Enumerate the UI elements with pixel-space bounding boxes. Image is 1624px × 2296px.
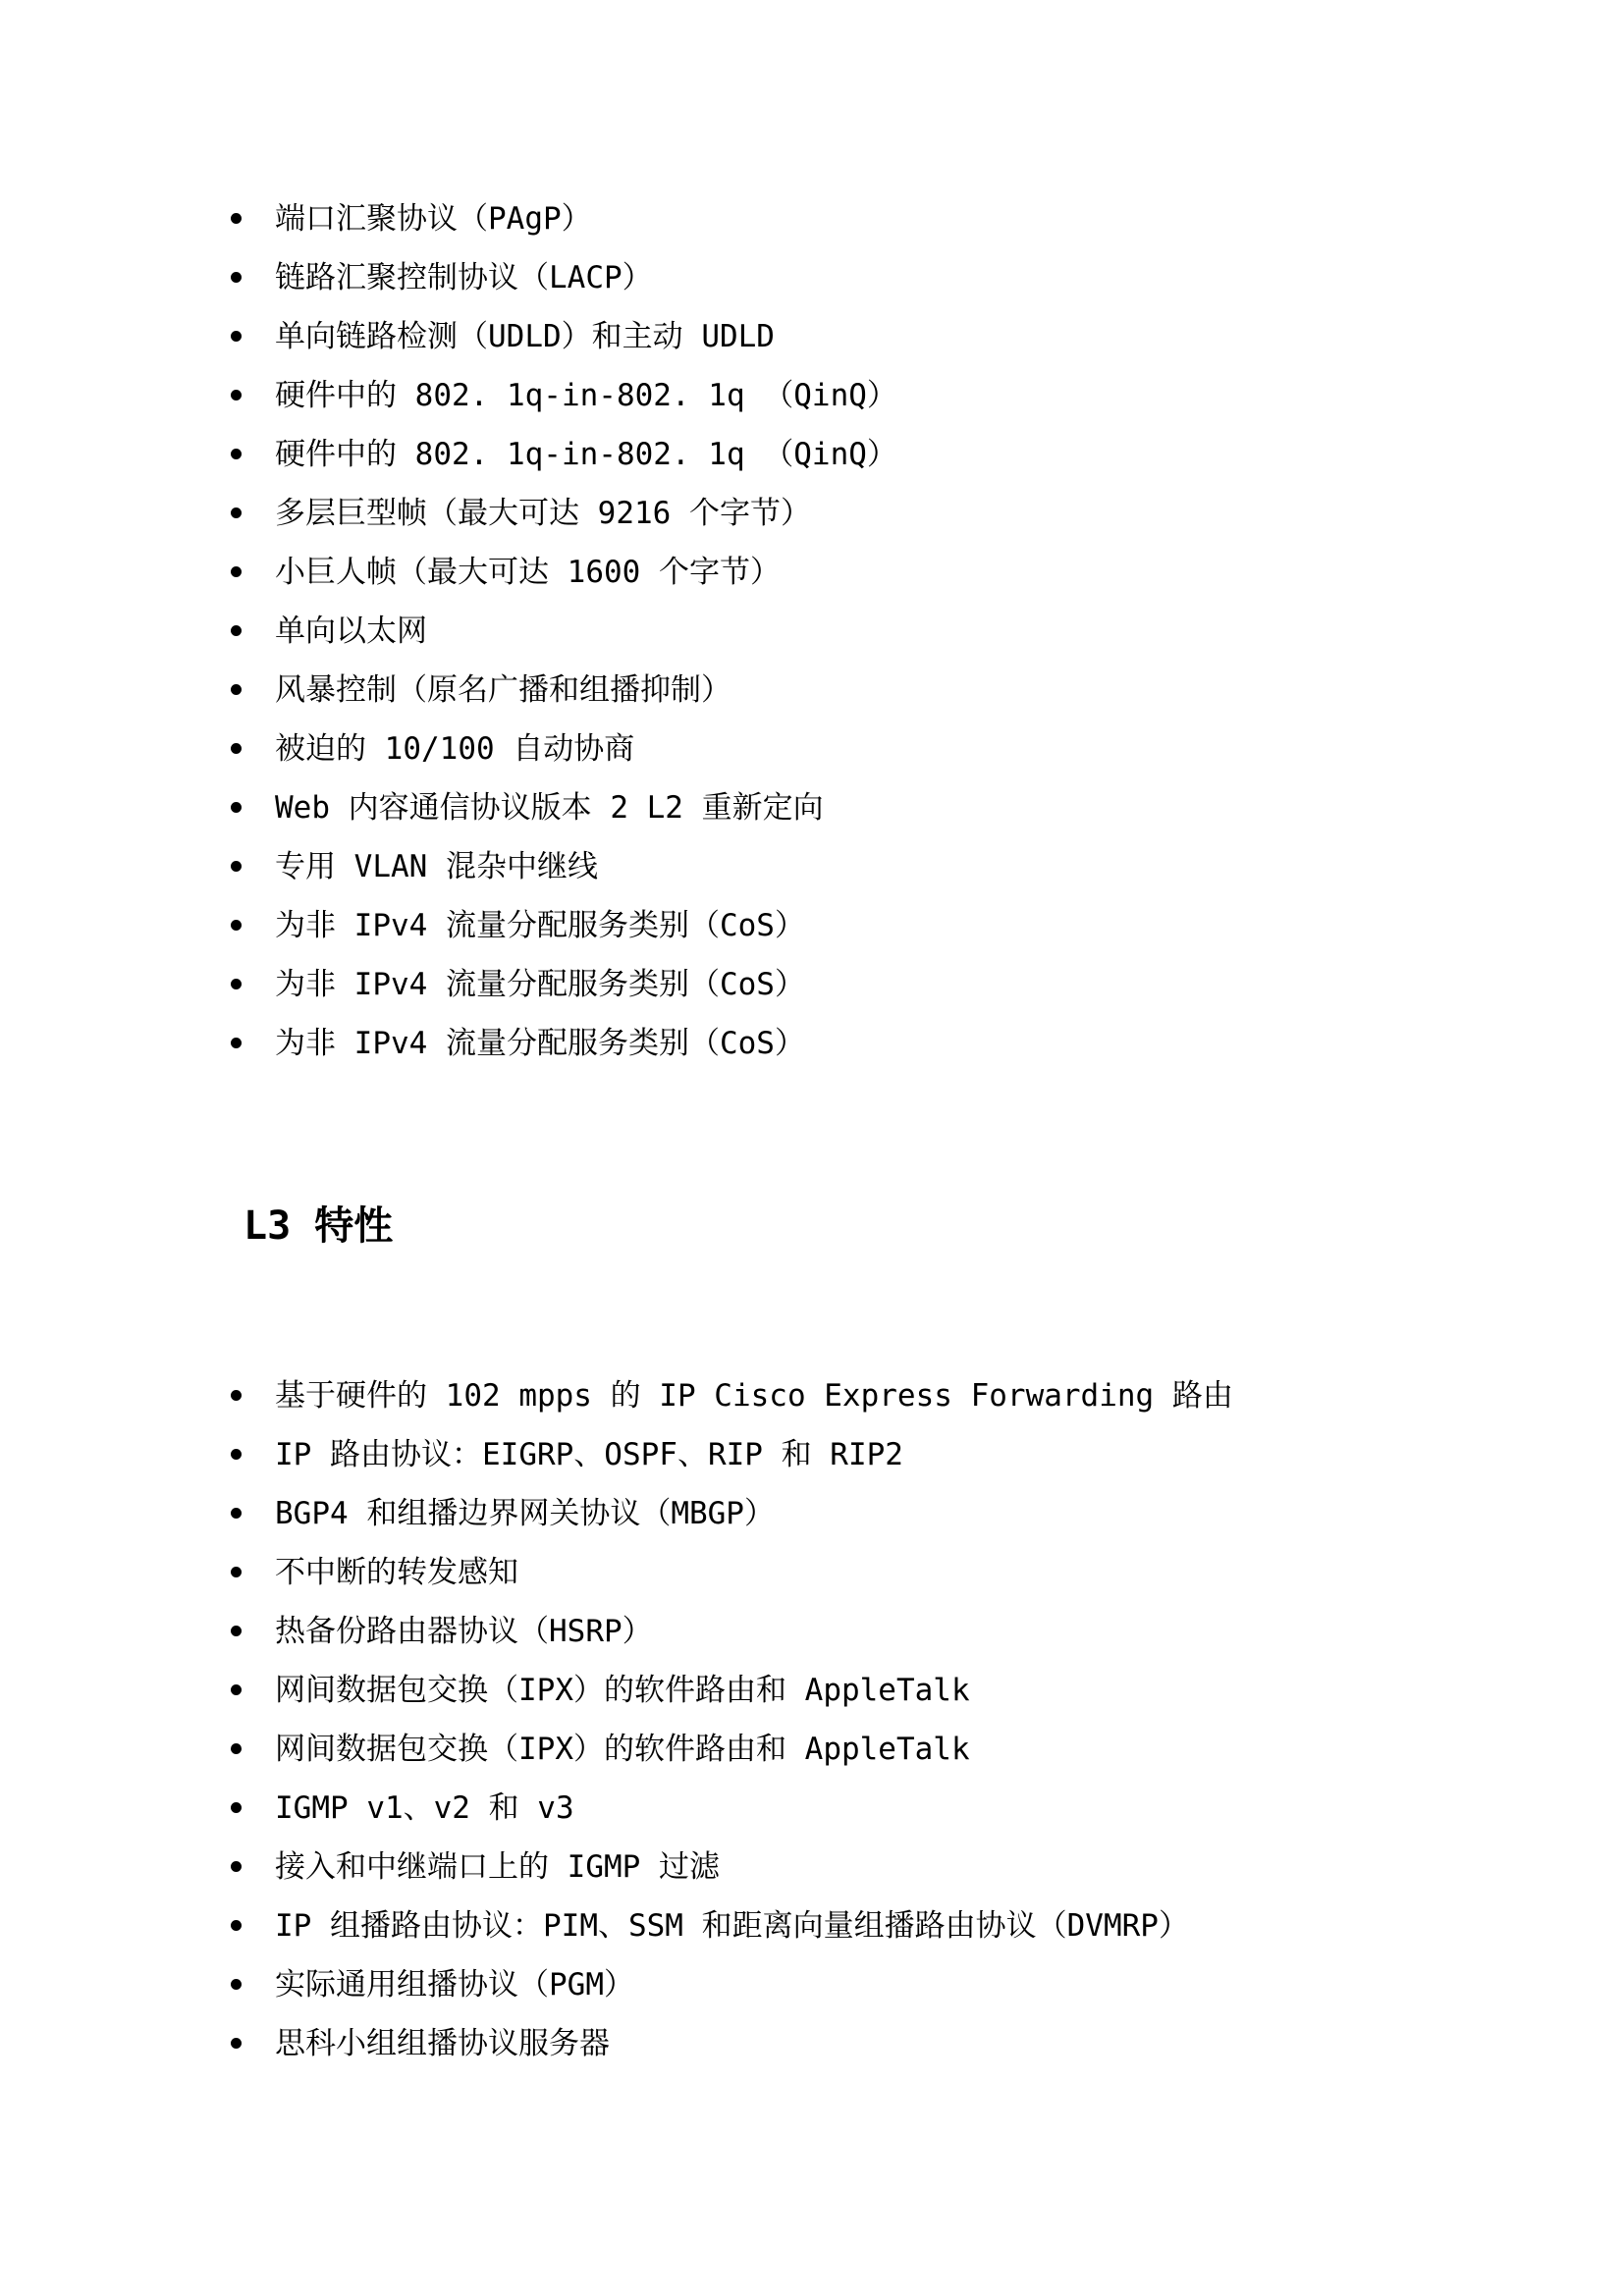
list-item-text: 不中断的转发感知 — [275, 1543, 518, 1602]
list-item-text: 为非 IPv4 流量分配服务类别（CoS） — [275, 955, 805, 1014]
bullet-icon — [231, 449, 242, 459]
list-item: IP 路由协议：EIGRP、OSPF、RIP 和 RIP2 — [230, 1425, 1233, 1484]
list-item: 硬件中的 802. 1q-in-802. 1q （QinQ） — [230, 425, 897, 484]
bullet-icon — [231, 1920, 242, 1931]
bullet-icon — [231, 2038, 242, 2049]
list-item: Web 内容通信协议版本 2 L2 重新定向 — [230, 778, 897, 837]
list-item: 热备份路由器协议（HSRP） — [230, 1602, 1233, 1661]
list-item: 接入和中继端口上的 IGMP 过滤 — [230, 1838, 1233, 1896]
list-item-text: 链路汇聚控制协议（LACP） — [275, 248, 653, 307]
bullet-icon — [231, 1626, 242, 1636]
list-item: 链路汇聚控制协议（LACP） — [230, 248, 897, 307]
bullet-icon — [231, 625, 242, 636]
list-item: 网间数据包交换（IPX）的软件路由和 AppleTalk — [230, 1720, 1233, 1779]
list-item-text: IP 路由协议：EIGRP、OSPF、RIP 和 RIP2 — [275, 1425, 903, 1484]
bullet-icon — [231, 213, 242, 224]
list-item: 硬件中的 802. 1q-in-802. 1q （QinQ） — [230, 366, 897, 425]
list-item-text: 思科小组组播协议服务器 — [275, 2014, 610, 2073]
list-item-text: 单向以太网 — [275, 602, 427, 661]
list-item-text: BGP4 和组播边界网关协议（MBGP） — [275, 1484, 775, 1543]
list-item-text: 专用 VLAN 混杂中继线 — [275, 837, 598, 896]
list-item-text: 硬件中的 802. 1q-in-802. 1q （QinQ） — [275, 425, 897, 484]
bullet-icon — [231, 1390, 242, 1401]
list-item: IP 组播路由协议：PIM、SSM 和距离向量组播路由协议（DVMRP） — [230, 1896, 1233, 1955]
bullet-icon — [231, 1038, 242, 1048]
bullet-icon — [231, 566, 242, 577]
bullet-icon — [231, 507, 242, 518]
list-item-text: 基于硬件的 102 mpps 的 IP Cisco Express Forwar… — [275, 1366, 1233, 1425]
list-item-text: 端口汇聚协议（PAgP） — [275, 189, 592, 248]
list-item: 专用 VLAN 混杂中继线 — [230, 837, 897, 896]
bullet-icon — [231, 861, 242, 872]
list-item-text: 为非 IPv4 流量分配服务类别（CoS） — [275, 1014, 805, 1073]
bullet-icon — [231, 1449, 242, 1460]
bullet-icon — [231, 743, 242, 754]
list-item-text: 实际通用组播协议（PGM） — [275, 1955, 634, 2014]
list-item: 端口汇聚协议（PAgP） — [230, 189, 897, 248]
list-item: 多层巨型帧（最大可达 9216 个字节） — [230, 484, 897, 543]
list-item: 网间数据包交换（IPX）的软件路由和 AppleTalk — [230, 1661, 1233, 1720]
list-item-text: 为非 IPv4 流量分配服务类别（CoS） — [275, 896, 805, 955]
bullet-icon — [231, 979, 242, 989]
bullet-icon — [231, 684, 242, 695]
bullet-icon — [231, 920, 242, 931]
document-page: 端口汇聚协议（PAgP）链路汇聚控制协议（LACP）单向链路检测（UDLD）和主… — [0, 0, 1624, 2296]
list-item: 基于硬件的 102 mpps 的 IP Cisco Express Forwar… — [230, 1366, 1233, 1425]
list-item: 单向链路检测（UDLD）和主动 UDLD — [230, 307, 897, 366]
l3-section-heading: L3 特性 — [244, 1201, 393, 1251]
list-item-text: 小巨人帧（最大可达 1600 个字节） — [275, 543, 781, 602]
list-item: 思科小组组播协议服务器 — [230, 2014, 1233, 2073]
list-item: BGP4 和组播边界网关协议（MBGP） — [230, 1484, 1233, 1543]
list-item-text: IGMP v1、v2 和 v3 — [275, 1779, 574, 1838]
list-item: IGMP v1、v2 和 v3 — [230, 1779, 1233, 1838]
bullet-icon — [231, 1684, 242, 1695]
bullet-icon — [231, 331, 242, 342]
bullet-icon — [231, 1802, 242, 1813]
list-item-text: 网间数据包交换（IPX）的软件路由和 AppleTalk — [275, 1720, 970, 1779]
l3-features-list: 基于硬件的 102 mpps 的 IP Cisco Express Forwar… — [230, 1366, 1233, 2073]
list-item: 实际通用组播协议（PGM） — [230, 1955, 1233, 2014]
list-item: 为非 IPv4 流量分配服务类别（CoS） — [230, 896, 897, 955]
list-item-text: 单向链路检测（UDLD）和主动 UDLD — [275, 307, 775, 366]
list-item: 被迫的 10/100 自动协商 — [230, 720, 897, 778]
list-item-text: Web 内容通信协议版本 2 L2 重新定向 — [275, 778, 824, 837]
list-item-text: IP 组播路由协议：PIM、SSM 和距离向量组播路由协议（DVMRP） — [275, 1896, 1189, 1955]
bullet-icon — [231, 390, 242, 400]
bullet-icon — [231, 1979, 242, 1990]
list-item-text: 多层巨型帧（最大可达 9216 个字节） — [275, 484, 811, 543]
list-item-text: 网间数据包交换（IPX）的软件路由和 AppleTalk — [275, 1661, 970, 1720]
list-item: 风暴控制（原名广播和组播抑制） — [230, 661, 897, 720]
bullet-icon — [231, 1743, 242, 1754]
list-item: 小巨人帧（最大可达 1600 个字节） — [230, 543, 897, 602]
list-item-text: 硬件中的 802. 1q-in-802. 1q （QinQ） — [275, 366, 897, 425]
list-item: 单向以太网 — [230, 602, 897, 661]
list-item: 不中断的转发感知 — [230, 1543, 1233, 1602]
list-item: 为非 IPv4 流量分配服务类别（CoS） — [230, 1014, 897, 1073]
l2-features-list: 端口汇聚协议（PAgP）链路汇聚控制协议（LACP）单向链路检测（UDLD）和主… — [230, 189, 897, 1073]
bullet-icon — [231, 1508, 242, 1519]
bullet-icon — [231, 1861, 242, 1872]
list-item-text: 接入和中继端口上的 IGMP 过滤 — [275, 1838, 720, 1896]
list-item: 为非 IPv4 流量分配服务类别（CoS） — [230, 955, 897, 1014]
list-item-text: 热备份路由器协议（HSRP） — [275, 1602, 653, 1661]
bullet-icon — [231, 1567, 242, 1577]
list-item-text: 被迫的 10/100 自动协商 — [275, 720, 634, 778]
list-item-text: 风暴控制（原名广播和组播抑制） — [275, 661, 731, 720]
bullet-icon — [231, 272, 242, 283]
bullet-icon — [231, 802, 242, 813]
